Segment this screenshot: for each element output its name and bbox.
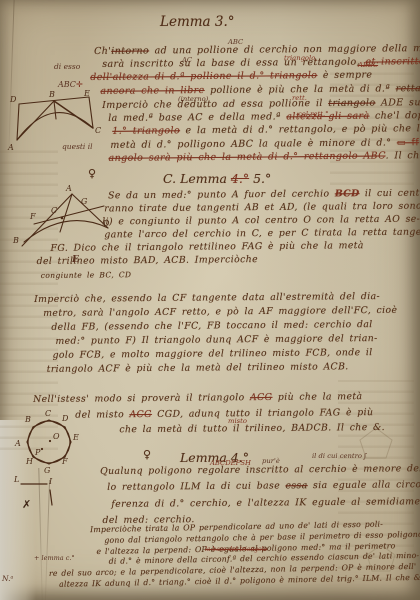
text-run: Qualunq poligono regolare inscritto al c… (100, 463, 420, 477)
struck-insertion: ABEC (358, 61, 378, 69)
paragraph-7: Imperciòche tirata la OP perpendicolare … (46, 518, 420, 590)
struck-text: ▭ ff (397, 137, 419, 148)
text-run: triangolo ACF è più che la metà del tril… (47, 361, 349, 375)
diagram-label: G (81, 197, 88, 206)
text-run: congiunte le BC, CD (41, 270, 132, 280)
text-run: C. Lemma (163, 171, 231, 186)
diagram-octagon-in-circle: C D E F G H A B O P L I (14, 406, 86, 506)
manuscript-line: angolo sarà più che la metà di d.° retta… (108, 149, 420, 165)
struck-insertion: la base del triangolo (205, 546, 267, 553)
diagram-label: F (29, 212, 36, 221)
struck-text: ACG (250, 392, 273, 403)
diagram-label: A (14, 439, 21, 448)
paragraph-2: Imperciò che dedutto ad essa pollione il… (96, 96, 420, 165)
interlinear-insertion: misto (228, 417, 247, 425)
interlinear-insertion: il di cui centro ʃ (312, 452, 366, 460)
struck-text: essa (285, 481, 307, 492)
text-run: gante l'arco del cerchio in C, e per C t… (104, 227, 420, 241)
text-run: . Il che &. (386, 150, 420, 162)
struck-text: intorno (111, 45, 149, 56)
text-run: Imperciò che, essendo la CF tangente dat… (34, 291, 380, 305)
diagram-label: C (95, 126, 101, 135)
text-run: che'l doppio di (369, 110, 420, 122)
diagram-label: I (48, 477, 53, 486)
diagram-label: F (61, 457, 68, 466)
lemma-3-heading: Lemma 3.° (160, 14, 235, 30)
diagram-label: D (61, 414, 69, 423)
diagram-label: C (51, 206, 57, 215)
text-run: della FB, (essendo che l'FC, FB toccano … (51, 319, 372, 333)
text-run: che la metà di tutto il trilineo, BADCB.… (119, 422, 385, 435)
diagram-label: G (44, 466, 51, 475)
struck-text: angolo sarà più che la metà di d.° retta… (108, 150, 385, 163)
margin-note: N.ᵃ (2, 574, 13, 583)
struck-text: ACG (129, 408, 152, 419)
struck-text: triangolo (328, 98, 375, 109)
paragraph-4: Imperciò che, essendo la CF tangente dat… (34, 290, 398, 377)
text-run: metà di d.° polligono ABC la quale è min… (110, 137, 397, 150)
text-run: è sempre (317, 70, 372, 81)
diagram-label: P (34, 448, 41, 457)
diagram-label: E (72, 433, 79, 442)
text-run: metro, sarà l'angolo ACF retto, e pò la … (43, 305, 397, 319)
text-run: ADE su (376, 97, 420, 108)
text-run: CGD, adunq tutto il triangolo FAG è più (152, 407, 374, 420)
diagram-label: B (12, 236, 19, 245)
struck-text: 4.° (231, 171, 249, 186)
text-run: il cui centro O sa- (359, 187, 420, 199)
text-run: lo rettangolo ILM la di cui base (107, 481, 285, 494)
struck-text: BCD (335, 188, 360, 199)
manuscript-page: Lemma 3.° Ch'intorno ad una pollione di … (0, 0, 420, 600)
diagram-label: D (102, 219, 110, 228)
diagram-label: E (83, 89, 90, 98)
text-run: golo FCB, e molto maggiore del trilineo … (52, 347, 372, 361)
text-run: sia eguale alla circon- (308, 479, 420, 491)
text-run: e la metà di d.° rettangolo, e pò più ch… (180, 124, 420, 137)
margin-note: + lemma c.° (34, 554, 75, 562)
interlinear-insertion: triangolo, (284, 54, 317, 62)
text-run: Nell'istess' modo si proverà il triangol… (33, 392, 250, 405)
manuscript-line: che la metà di tutto il trilineo, BADCB.… (119, 420, 385, 438)
text-run: med:° punto F) Il triangolo dunq ACF è m… (55, 333, 377, 347)
planet-mark-icon: ♀ (143, 448, 151, 461)
diagram-label: B (24, 415, 31, 424)
diagram-label: C (45, 409, 51, 418)
paragraph-1: Ch'intorno ad una pollione di cerchio no… (90, 42, 420, 98)
manuscript-line: triangolo ACF è più che la metà del tril… (47, 359, 398, 376)
struck-text: dell'altezza di d.ª pollione il d.° tria… (90, 70, 317, 83)
text-run: Se da un med:° punto A fuor del cerchio (108, 188, 335, 201)
lemma-5-heading: C. Lemma 4.° 5.° (163, 171, 271, 186)
text-run: Ch' (94, 46, 111, 57)
diagram-segment-in-rectangle: D B E A C (6, 88, 101, 152)
diagram-label: L (13, 475, 19, 484)
diagram-label: O (53, 432, 60, 441)
diagram-tangents-from-point: A C G F B D (8, 182, 120, 268)
interlinear-insertion: AC (182, 56, 192, 64)
text-run: la med.ª base AC e della med.ª (108, 112, 286, 125)
diagram-label: H (25, 457, 34, 466)
manuscript-line: ancora che in libre pollione è più che l… (100, 81, 420, 97)
diagram-label: A (65, 184, 72, 193)
diagram-label: B (48, 90, 55, 99)
struck-text: rettangolo (396, 82, 420, 93)
text-run: 5.° (249, 171, 271, 186)
text-run: più che la metà (272, 391, 362, 403)
diagram-label: A (7, 143, 14, 152)
margin-note: di esso (54, 62, 80, 71)
interlinear-insertion: ABC (228, 38, 243, 46)
diagram-label: D (9, 95, 17, 104)
interlinear-insertion: (interno) (178, 95, 208, 103)
interlinear-insertion: col rett.° (298, 110, 329, 118)
text-run: ferenza di d.° cerchio, e l'altezza IK e… (111, 496, 420, 510)
interlinear-insertion: rett. (292, 94, 307, 102)
struck-text: 1.° triangolo (112, 126, 180, 138)
planet-mark-icon: ♀ (88, 167, 96, 180)
manuscript-line: ferenza di d.° cerchio, e l'altezza IK e… (111, 494, 420, 514)
text-run: sarà inscritto su la base di essa un ret… (102, 57, 365, 70)
